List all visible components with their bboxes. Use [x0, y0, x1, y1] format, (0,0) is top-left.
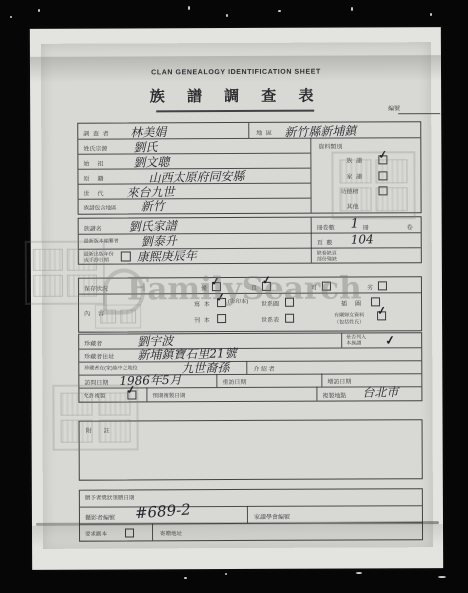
revisit-date-label: 重訪日期: [222, 377, 246, 386]
award-date-label: 贈予者獎狀領贈日期: [85, 495, 135, 501]
film-speck: [351, 7, 353, 11]
contents-manuscript-label: 寫 本: [194, 299, 211, 308]
category-item-gongdebang-label: 功德榜: [341, 186, 359, 195]
preservation-fair-checkbox: [322, 282, 331, 291]
table-admin: 贈予者獎狀領贈日期 攝影者編號 #689-2 家譜學會編號 要求副本 寄贈地址: [79, 488, 423, 542]
film-speck: [438, 576, 446, 578]
contents-lineage-table-checkbox: [285, 314, 294, 323]
copy-date-label: 預期複製日期: [152, 391, 185, 399]
contents-lineage-chart-checkbox: [285, 298, 294, 307]
preservation-poor-label: 劣: [367, 282, 374, 291]
missing-label-2: 部份殘缺: [317, 257, 337, 263]
pages-value: 104: [351, 232, 374, 246]
volumes-value: 1: [351, 216, 360, 231]
film-speck: [278, 10, 281, 12]
contents-manuscript-mark: ✓: [215, 290, 226, 304]
generations-label: 世 代: [84, 189, 105, 198]
pub-date-checkbox: [121, 251, 131, 261]
table-holder: 珍藏者 劉宇波 是否列入 本族譜 ✓ 珍藏者住址 新埔鎮寶石里21號 珍藏者在(…: [78, 332, 422, 403]
preservation-poor-checkbox: [378, 281, 387, 290]
title-name-label: 族譜名: [84, 224, 102, 233]
film-speck: [225, 573, 227, 575]
film-speck: [10, 16, 12, 18]
volumes-unit-ce: 冊: [363, 222, 370, 231]
preservation-excellent-mark: ✓: [210, 274, 221, 288]
copy-request-label: 要求副本: [85, 530, 107, 538]
category-label: 資料類別: [318, 142, 342, 151]
category-item-jiapu-checkbox: [378, 171, 387, 180]
preservation-fair-label: 可: [311, 283, 318, 292]
category-item-gongdebang-checkbox: [379, 186, 388, 195]
region-value: 新竹縣新埔鎮: [284, 122, 356, 141]
preservation-label: 保存狀況: [84, 284, 108, 293]
serial-number-label: 編號: [388, 103, 400, 112]
volumes-label: 冊卷數: [317, 223, 335, 232]
in-genealogy-label-2: 本族譜: [346, 340, 361, 346]
areas-covered-value: 新竹: [140, 197, 164, 215]
pages-label: 頁 數: [317, 238, 334, 247]
category-item-zupu-label: 族 譜: [346, 155, 363, 164]
film-frame: CLAN GENEALOGY IDENTIFICATION SHEET 族 譜 …: [0, 0, 468, 593]
region-label: 地 區: [256, 128, 273, 137]
copy-request-checkbox: [125, 528, 134, 537]
copy-permission-mark: ✓: [126, 383, 137, 397]
volumes-unit-juan: 卷: [407, 222, 414, 231]
contents-women-note: （包括姓氏）: [334, 319, 364, 325]
film-speck: [184, 577, 187, 579]
notes-box: 附 註: [79, 419, 423, 481]
contents-printed-label: 刊 本: [194, 315, 211, 324]
contents-women-label: 有關婦女資料: [334, 312, 364, 318]
contents-printed-checkbox: [217, 314, 226, 323]
contents-label: 內 容: [84, 309, 105, 318]
contents-illustrations-label: 插 圖: [341, 298, 362, 307]
original-domicile-label: 原 籍: [83, 174, 104, 183]
serial-number-line: [398, 113, 440, 114]
holder-position-value: 九世裔孫: [181, 359, 229, 377]
notes-label: 附 註: [86, 426, 113, 435]
category-item-other-label: 其他: [347, 201, 359, 210]
first-ancestor-label: 始 祖: [83, 159, 104, 168]
preservation-good-mark: ✓: [261, 273, 272, 287]
preservation-good-label: 良: [251, 283, 258, 292]
table-condition-contents: 保存狀況 優 ✓ 良 ✓ 可 劣 內 容 寫 本 ✓ (影印本) 世系圖 插 圖…: [78, 276, 422, 333]
film-speck: [356, 572, 362, 574]
contents-women-mark: ✓: [376, 304, 387, 318]
investigator-label: 調 查 者: [83, 129, 109, 138]
photographer-no-value: #689-2: [134, 500, 191, 522]
film-speck: [38, 9, 40, 12]
holder-position-label: 珍藏者在(家)族中之地位: [84, 365, 137, 371]
film-speck: [188, 6, 190, 10]
copy-permission-label: 允許複製: [83, 392, 105, 400]
table-edition: 族譜名 劉氏家譜 最新版本編纂者 劉泰升 最新出版年份 或手抄日期 康熙庚辰年 …: [78, 216, 422, 265]
introducer-label: 介 紹 者: [253, 364, 274, 373]
document-paper: CLAN GENEALOGY IDENTIFICATION SHEET 族 譜 …: [30, 27, 443, 570]
table-identification: 調 查 者 林美娟 地 區 新竹縣新埔鎮 姓氏宗源 劉氏 始 祖 劉文聰 原 籍…: [77, 121, 421, 215]
film-speck: [430, 13, 432, 16]
copy-place-value: 台北市: [362, 383, 398, 401]
contents-manuscript-note: (影印本): [228, 299, 248, 305]
pub-date-label-2: 或手抄日期: [84, 258, 109, 264]
society-no-label: 家譜學會編號: [254, 512, 290, 521]
preservation-excellent-label: 優: [201, 283, 208, 292]
holder-address-label: 珍藏者住址: [84, 352, 114, 361]
category-item-jiapu-label: 家 譜: [346, 171, 363, 180]
surname-origin-label: 姓氏宗源: [83, 144, 107, 153]
visit-date-label: 訪問日期: [84, 378, 108, 387]
mail-address-label: 寄贈地址: [160, 529, 182, 537]
pub-date-value: 康熙庚辰年: [137, 247, 197, 265]
category-item-zupu-mark: ✓: [377, 148, 388, 162]
photographer-no-label: 攝影者編號: [85, 513, 115, 522]
in-genealogy-mark: ✓: [384, 333, 396, 348]
addvisit-date-label: 增訪日期: [327, 376, 351, 385]
holder-label: 珍藏者: [84, 339, 102, 348]
contents-lineage-chart-label: 世系圖: [261, 299, 279, 308]
film-speck: [226, 14, 228, 17]
form-title-zh: 族 譜 調 查 表: [50, 84, 422, 107]
copy-place-label: 複製地點: [322, 391, 346, 400]
areas-covered-label: 族譜包含地區: [84, 204, 117, 212]
compiler-label: 最新版本編纂者: [84, 239, 119, 245]
contents-lineage-table-label: 世系表: [261, 315, 279, 324]
